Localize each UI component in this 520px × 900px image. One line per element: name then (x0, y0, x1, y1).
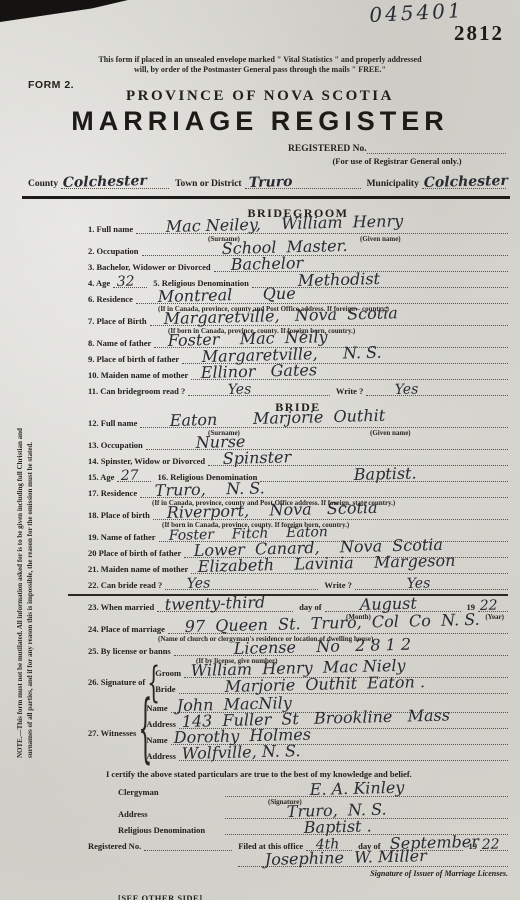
town-value: Truro (248, 174, 292, 191)
margin-note-line1: NOTE.—This form must not be mutilated. A… (16, 286, 26, 758)
handwritten-value: 22 (480, 598, 498, 614)
bride-label: Bride (155, 684, 178, 694)
county-label: County (28, 179, 61, 189)
field-row-place-of-marriage: 24. Place of marriage 97 Queen St. Truro… (88, 622, 508, 634)
field-row-mother-groom: 10. Maiden name of mother Ellinor Gates (88, 368, 508, 380)
year-line: 22 (478, 599, 508, 612)
town-field: Truro (245, 176, 361, 189)
name-label: Name (146, 703, 170, 713)
witnesses-label: 27. Witnesses (88, 728, 138, 738)
clergyman-label: Clergyman (88, 787, 225, 797)
field-label: 19. Name of father (88, 532, 159, 542)
handwritten-value: Methodist (297, 269, 380, 290)
field-line: Marjorie Outhit Eaton . (179, 681, 508, 694)
handwritten-value: 32 (117, 274, 135, 290)
handwritten-value: Yes (407, 575, 431, 592)
field-line: Eaton Marjorie Outhit (140, 415, 508, 428)
groom-label: Groom (155, 668, 184, 678)
field-row-age-denom-bride: 15. Age 27 16. Religious Denomination Ba… (88, 470, 508, 482)
field-label: 12. Full name (88, 418, 140, 428)
field-label: 13. Occupation (88, 440, 146, 450)
field-row-mother-bride: 21. Maiden name of mother Elizabeth Lavi… (88, 562, 508, 574)
printed-form-number: 2812 (454, 21, 504, 46)
field-line: Josephine W. Miller (238, 854, 508, 867)
field-line: Yes (355, 577, 508, 590)
denomination-label: Religious Denomination (88, 825, 225, 835)
sub-captions: (Surname) (Given name) (88, 429, 508, 437)
registrar-general-note: (For use of Registrar General only.) (288, 156, 506, 166)
year-caption: (Year) (485, 613, 504, 621)
form-body: BRIDEGROOM 1. Full name Mac Neiley, Will… (88, 206, 508, 900)
marriage-register-scan: 045401 2812 This form if placed in an un… (0, 0, 520, 900)
handwritten-value: Bachelor (231, 253, 304, 274)
field-label: 10. Maiden name of mother (88, 370, 191, 380)
handwritten-value: twenty-third (165, 593, 266, 614)
address-label: Address (88, 809, 225, 819)
field-line: Ellinor Gates (191, 367, 508, 380)
age-line: 27 (117, 469, 151, 482)
field-label: 14. Spinster, Widow or Divorced (88, 456, 208, 466)
field-line: twenty-third (157, 599, 293, 612)
clergyman-signature-row: Clergyman E. A. Kinley (88, 785, 508, 797)
field-label: 25. By license or banns (88, 646, 174, 656)
clergyman-address-row: Address Truro, N. S. (88, 807, 508, 819)
field-label: 8. Name of father (88, 338, 154, 348)
givenname-caption: (Given name) (370, 429, 411, 437)
field-label: 15. Age (88, 472, 117, 482)
field-line: Mac Neiley, William Henry (136, 221, 508, 234)
field-row-residence-groom: 6. Residence Montreal Que (88, 292, 508, 304)
registered-no-label: Registered No. (88, 841, 144, 851)
handwritten-value: Yes (394, 381, 418, 398)
field-line: E. A. Kinley (225, 784, 508, 797)
issuer-signature-row: Josephine W. Miller (238, 855, 508, 867)
county-value: Colchester (63, 173, 147, 191)
field-label: 23. When married (88, 602, 157, 612)
field-label: 21. Maiden name of mother (88, 564, 191, 574)
field-line: Riverport, Nova Scotia (153, 507, 508, 520)
certification-statement: I certify the above stated particulars a… (106, 769, 508, 781)
scan-corner-artifact (0, 0, 128, 22)
field-line: Nurse (146, 437, 508, 450)
handwritten-value: 27 (121, 468, 139, 484)
handwritten-value: Ellinor Gates (200, 360, 317, 382)
field-row-literacy-bride: 22. Can bride read ? Yes Write ? Yes (88, 578, 508, 590)
handwritten-value: Truro, N. S. (154, 478, 264, 500)
field-label: 22. Can bride read ? (88, 580, 165, 590)
handwritten-value: License No 2 8 1 2 (233, 635, 411, 658)
municipality-field: Colchester (422, 176, 506, 189)
field-row-residence-bride: 17. Residence Truro, N. S. (88, 486, 508, 498)
field-label: 7. Place of Birth (88, 316, 150, 326)
section-divider (68, 594, 508, 596)
brace-glyph: { (138, 696, 146, 771)
field-line: License No 2 8 1 2 (174, 643, 508, 656)
field-line: Montreal Que (136, 291, 508, 304)
handwritten-value: Baptist. (354, 463, 417, 484)
handwritten-value: Yes (186, 575, 210, 592)
handwritten-value: Riverport, Nova Scotia (167, 498, 378, 522)
field-line: 97 Queen St. Truro, Col Co N. S. (168, 621, 508, 634)
registered-no-label: REGISTERED No. (288, 144, 367, 154)
mailing-note-line2: will, by order of the Postmaster General… (0, 65, 520, 75)
dotted-leader (367, 143, 506, 154)
write-label: Write ? (330, 386, 366, 396)
witness-address: Wolfville, N. S. (182, 741, 301, 763)
field-row-occupation-bride: 13. Occupation Nurse (88, 438, 508, 450)
municipality-label: Municipality (361, 179, 422, 189)
field-label: 18. Place of birth (88, 510, 153, 520)
province-heading: PROVINCE OF NOVA SCOTIA (0, 88, 520, 105)
field-line: Baptist. (260, 469, 508, 482)
registered-no-line: REGISTERED No. (288, 143, 506, 154)
handwritten-serial-number: 045401 (368, 0, 463, 27)
page-title: MARRIAGE REGISTER (0, 106, 520, 137)
givenname-caption: (Given name) (360, 235, 401, 243)
field-row-literacy-groom: 11. Can bridegroom read ? Yes Write ? Ye… (88, 384, 508, 396)
field-label: 24. Place of marriage (88, 624, 168, 634)
signature-of-label: 26. Signature of (88, 677, 147, 687)
county-row: County Colchester Town or District Truro… (28, 176, 506, 189)
town-label: Town or District (169, 179, 245, 189)
section-divider (22, 196, 510, 199)
field-line: Yes (188, 383, 330, 396)
field-row-age-denom-groom: 4. Age 32 5. Religious Denomination Meth… (88, 276, 508, 288)
field-line: Elizabeth Lavinia Margeson (191, 561, 508, 574)
field-line: Yes (366, 383, 508, 396)
field-line: School Master. (142, 243, 508, 256)
handwritten-value: Spinster (223, 447, 292, 468)
bride-signature-row: Bride Marjorie Outhit Eaton . (155, 682, 508, 694)
field-label: 4. Age (88, 278, 113, 288)
mailing-note: This form if placed in an unsealed envel… (0, 55, 520, 75)
witnesses-block: 27. Witnesses { Name John MacNily Addres… (88, 701, 508, 765)
field-line: Margaretville, Nova Scotia (150, 313, 508, 326)
field-row-birthplace-groom: 7. Place of Birth Margaretville, Nova Sc… (88, 314, 508, 326)
day-of-label: day of (293, 602, 324, 612)
issuer-signature: Josephine W. Miller (265, 846, 427, 869)
age-line: 32 (113, 275, 147, 288)
field-line: Wolfville, N. S. (179, 748, 508, 761)
municipality-value: Colchester (423, 173, 507, 191)
field-label: 20 Place of birth of father (88, 548, 184, 558)
field-row-status-bride: 14. Spinster, Widow or Divorced Spinster (88, 454, 508, 466)
field-row-birthplace-bride: 18. Place of birth Riverport, Nova Scoti… (88, 508, 508, 520)
field-label: 9. Place of birth of father (88, 354, 182, 364)
margin-note-line2: surnames of all parties, and if for any … (26, 286, 36, 758)
handwritten-value: Yes (227, 381, 251, 398)
name-label: Name (146, 735, 170, 745)
field-label: 3. Bachelor, Widower or Divorced (88, 262, 214, 272)
witness-address-row: Address Wolfville, N. S. (146, 749, 508, 761)
mailing-note-line1: This form if placed in an unsealed envel… (0, 55, 520, 65)
address-label: Address (146, 751, 179, 761)
field-row-license-banns: 25. By license or banns License No 2 8 1… (88, 644, 508, 656)
bride-signature: Marjorie Outhit Eaton . (224, 672, 425, 696)
field-label: 17. Residence (88, 488, 140, 498)
field-label: 2. Occupation (88, 246, 142, 256)
handwritten-value: Montreal Que (158, 284, 296, 306)
field-label: 11. Can bridegroom read ? (88, 386, 188, 396)
field-line: Yes (165, 577, 318, 590)
field-row-fullname-groom: 1. Full name Mac Neiley, William Henry (88, 222, 508, 234)
year-line: 22 (480, 838, 508, 851)
field-line: Truro, N. S. (140, 485, 508, 498)
issuer-caption: Signature of Issuer of Marriage Licenses… (88, 869, 508, 879)
county-field: Colchester (61, 176, 169, 189)
registered-no-line (144, 838, 232, 851)
field-row-fullname-bride: 12. Full name Eaton Marjorie Outhit (88, 416, 508, 428)
field-label: 6. Residence (88, 294, 136, 304)
field-label: 1. Full name (88, 224, 136, 234)
see-other-side-note: [SEE OTHER SIDE] (118, 893, 508, 900)
handwritten-value: Eaton Marjorie Outhit (169, 406, 385, 430)
clergyman-signature: E. A. Kinley (309, 778, 404, 799)
denomination-value: Baptist . (304, 816, 372, 837)
write-label: Write ? (318, 580, 354, 590)
handwritten-value: 22 (482, 837, 500, 853)
